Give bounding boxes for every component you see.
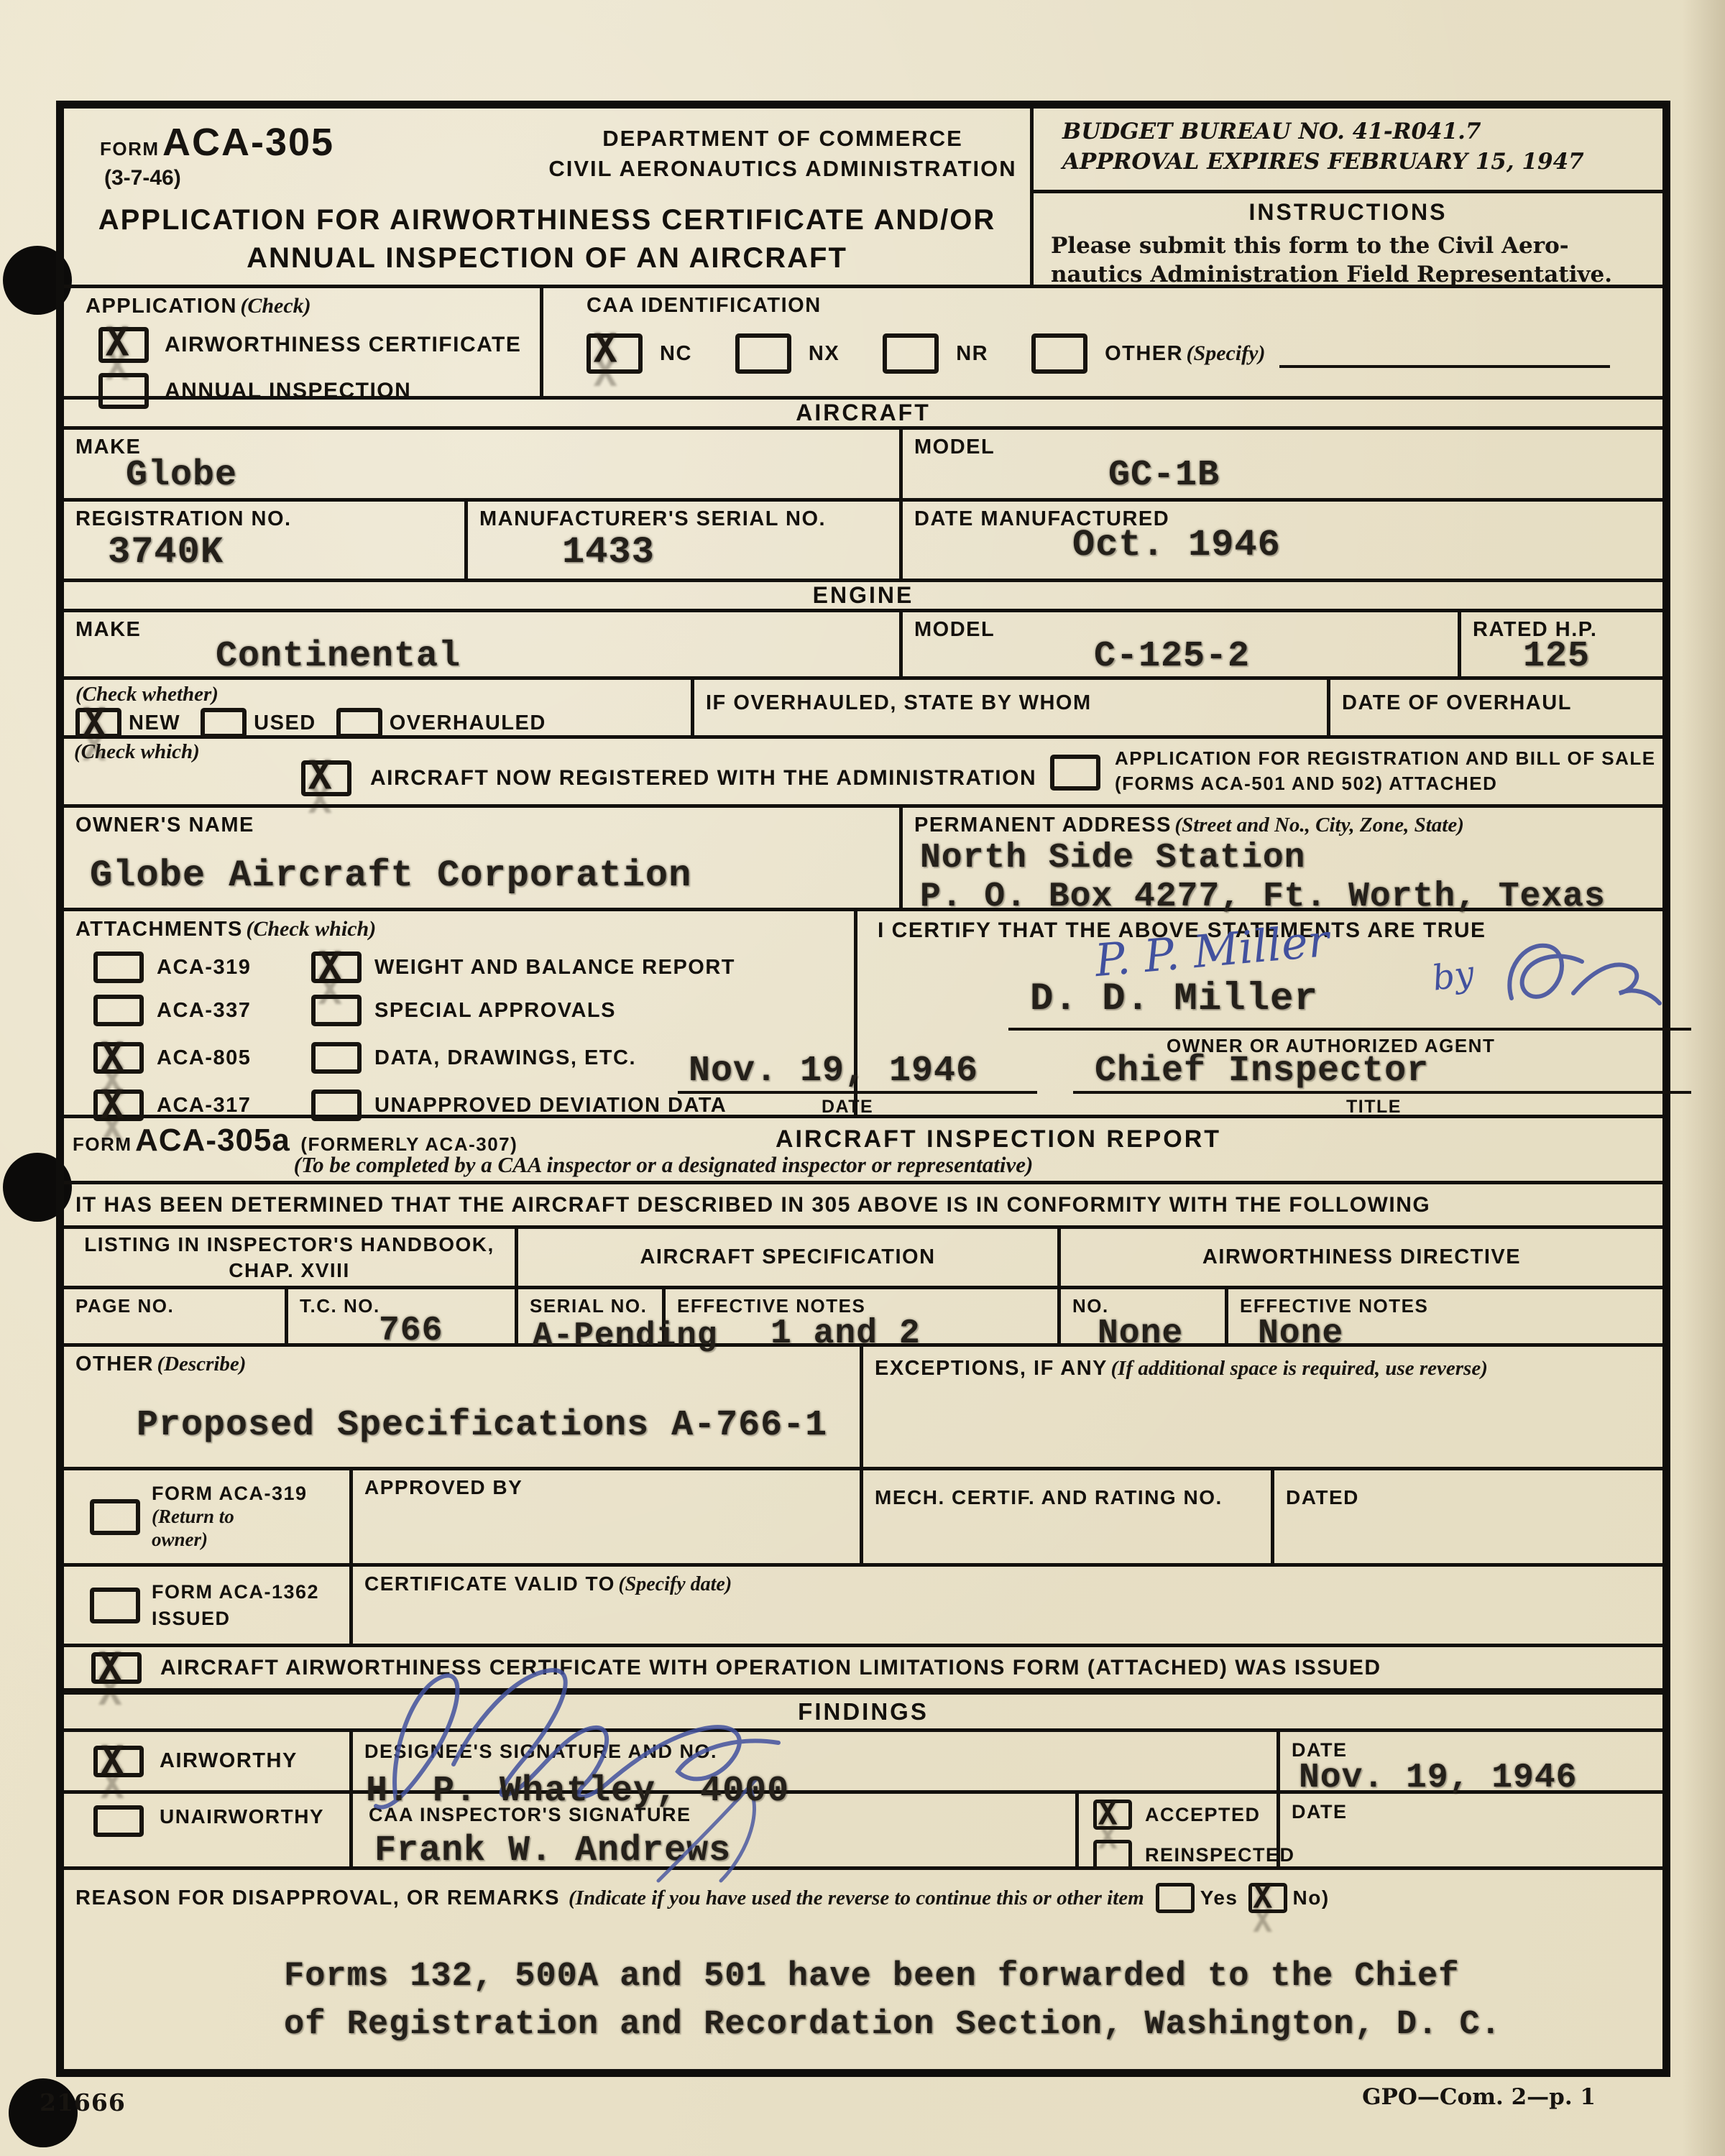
aca-317-checkbox[interactable]: [93, 1089, 144, 1121]
reason-no-checkbox[interactable]: [1248, 1883, 1287, 1913]
aca-319-approval-row: FORM ACA-319 (Return to owner) APPROVED …: [64, 1470, 1662, 1567]
certify-date-value: Nov. 19, 1946: [689, 1051, 978, 1092]
aca-319-label: ACA-319: [157, 956, 311, 980]
reason-label: REASON FOR DISAPPROVAL, OR REMARKS: [75, 1886, 560, 1910]
bill-of-sale-checkbox[interactable]: [1050, 755, 1100, 791]
instructions-body: Please submit this form to the Civil Aer…: [1051, 231, 1645, 290]
certificate-issued-row: AIRCRAFT AIRWORTHINESS CERTIFICATE WITH …: [64, 1647, 1662, 1695]
address-line2: P. O. Box 4277, Ft. Worth, Texas: [920, 877, 1651, 916]
form-aca-319-checkbox[interactable]: [90, 1499, 140, 1535]
remarks-body-row: Forms 132, 500A and 501 have been forwar…: [64, 1926, 1662, 2069]
tc-no-value: 766: [379, 1312, 503, 1350]
other-describe-label: OTHER (Describe): [75, 1353, 848, 1376]
weight-balance-checkbox[interactable]: [311, 952, 362, 983]
findings-section-title: FINDINGS: [64, 1695, 1662, 1732]
other-exceptions-row: OTHER (Describe) Proposed Specifications…: [64, 1347, 1662, 1470]
special-approvals-checkbox[interactable]: [311, 995, 362, 1026]
attachments-certification-row: ATTACHMENTS (Check which) ACA-319 WEIGHT…: [64, 911, 1662, 1118]
unapproved-deviation-checkbox[interactable]: [311, 1089, 362, 1121]
form-title-line1: APPLICATION FOR AIRWORTHINESS CERTIFICAT…: [64, 204, 1030, 236]
serial-label: MANUFACTURER'S SERIAL NO.: [479, 507, 888, 531]
engine-make-model-row: MAKE Continental MODEL C-125-2 RATED H.P…: [64, 612, 1662, 680]
aca-337-checkbox[interactable]: [93, 995, 144, 1026]
aca-337-label: ACA-337: [157, 999, 311, 1023]
nc-label: NC: [660, 342, 692, 366]
airworthy-row: AIRWORTHY DESIGNEE'S SIGNATURE AND NO. H…: [64, 1732, 1662, 1794]
aca-1362-row: FORM ACA-1362 ISSUED CERTIFICATE VALID T…: [64, 1567, 1662, 1647]
listing-header-line1: LISTING IN INSPECTOR'S HANDBOOK,: [75, 1233, 503, 1256]
reason-yes-checkbox[interactable]: [1156, 1883, 1195, 1913]
airworthy-checkbox[interactable]: [93, 1746, 144, 1777]
title-line: [1073, 1091, 1691, 1094]
caa-identification-label: CAA IDENTIFICATION: [586, 294, 1651, 318]
designee-signature-typed: H. P. Whatley, 4000: [366, 1771, 789, 1812]
address-line1: North Side Station: [920, 839, 1651, 877]
budget-line1: BUDGET BUREAU NO. 41-R041.7: [1062, 119, 1655, 144]
date-manufactured-value: Oct. 1946: [1072, 524, 1651, 566]
certify-date-label: DATE: [822, 1097, 873, 1118]
aca-305-form: FORM ACA-305 (3-7-46) DEPARTMENT OF COMM…: [56, 101, 1670, 2077]
engine-make-value: Continental: [216, 636, 888, 677]
dept-line2: CIVIL AERONAUTICS ADMINISTRATION: [538, 156, 1027, 182]
findings-date-value: Nov. 19, 1946: [1299, 1759, 1651, 1797]
reason-remarks-row: REASON FOR DISAPPROVAL, OR REMARKS (Indi…: [64, 1870, 1662, 1926]
engine-section-title: ENGINE: [64, 582, 1662, 612]
form-number-block: FORM ACA-305 (3-7-46): [100, 120, 334, 190]
determination-text: IT HAS BEEN DETERMINED THAT THE AIRCRAFT…: [75, 1193, 1430, 1217]
nx-checkbox[interactable]: [735, 333, 791, 374]
used-label: USED: [254, 711, 316, 735]
rated-hp-value: 125: [1523, 636, 1651, 677]
special-approvals-label: SPECIAL APPROVALS: [374, 999, 616, 1023]
airworthiness-certificate-checkbox[interactable]: [98, 327, 149, 363]
agent-signature-line: [1008, 1028, 1691, 1031]
certify-title-value: Chief Inspector: [1095, 1051, 1429, 1092]
check-whether-hint: (Check whether): [75, 683, 679, 706]
other-describe-value: Proposed Specifications A-766-1: [137, 1405, 848, 1446]
budget-line2: APPROVAL EXPIRES FEBRUARY 15, 1947: [1062, 149, 1655, 175]
now-registered-label: AIRCRAFT NOW REGISTERED WITH THE ADMINIS…: [370, 766, 1036, 791]
new-label: NEW: [129, 711, 180, 735]
reinspected-label: REINSPECTED: [1145, 1844, 1295, 1866]
certification-block: I CERTIFY THAT THE ABOVE STATEMENTS ARE …: [857, 911, 1662, 1115]
certificate-valid-to-label: CERTIFICATE VALID TO: [364, 1572, 615, 1595]
inspection-report-title: AIRCRAFT INSPECTION REPORT: [675, 1125, 1322, 1153]
overhauled-checkbox[interactable]: [336, 708, 382, 738]
form-number: ACA-305: [162, 121, 334, 164]
form-aca-319-label: FORM ACA-319: [152, 1483, 308, 1505]
budget-bureau-block: BUDGET BUREAU NO. 41-R041.7 APPROVAL EXP…: [1034, 109, 1662, 193]
application-label: APPLICATION (Check): [86, 294, 528, 318]
approved-by-label: APPROVED BY: [364, 1476, 848, 1499]
serial-no-value: A-Pending: [533, 1317, 650, 1355]
reinspected-checkbox[interactable]: [1093, 1840, 1132, 1870]
listing-header-line2: CHAP. XVIII: [75, 1259, 503, 1282]
registration-status-row: (Check which) AIRCRAFT NOW REGISTERED WI…: [64, 739, 1662, 808]
inspection-report-header: FORM ACA-305a (FORMERLY ACA-307) AIRCRAF…: [64, 1118, 1662, 1184]
form-date: (3-7-46): [104, 166, 334, 190]
now-registered-checkbox[interactable]: [301, 760, 351, 796]
certificate-issued-checkbox[interactable]: [91, 1652, 142, 1684]
serial-value: 1433: [562, 531, 888, 573]
permanent-address-label: PERMANENT ADDRESS (Street and No., City,…: [914, 814, 1651, 837]
instructions-title: INSTRUCTIONS: [1051, 199, 1645, 226]
data-drawings-checkbox[interactable]: [311, 1042, 362, 1074]
nr-label: NR: [956, 342, 988, 366]
unairworthy-checkbox[interactable]: [93, 1805, 144, 1837]
reason-hint: (Indicate if you have used the reverse t…: [569, 1886, 1144, 1910]
inspection-report-subtitle: (To be completed by a CAA inspector or a…: [64, 1152, 1263, 1178]
nx-label: NX: [809, 342, 839, 366]
other-specify-blank: [1279, 339, 1610, 368]
owner-row: OWNER'S NAME Globe Aircraft Corporation …: [64, 808, 1662, 911]
print-code: 21666: [40, 2088, 126, 2116]
accepted-date-label: DATE: [1292, 1801, 1651, 1823]
form-header: FORM ACA-305 (3-7-46) DEPARTMENT OF COMM…: [64, 109, 1662, 288]
agency-block: DEPARTMENT OF COMMERCE CIVIL AERONAUTICS…: [538, 126, 1027, 182]
accepted-label: ACCEPTED: [1145, 1804, 1261, 1826]
conformity-headers-row: LISTING IN INSPECTOR'S HANDBOOK, CHAP. X…: [64, 1229, 1662, 1289]
new-checkbox[interactable]: [75, 708, 121, 738]
application-row: APPLICATION (Check) AIRWORTHINESS CERTIF…: [64, 288, 1662, 400]
aca-317-label: ACA-317: [157, 1094, 311, 1118]
form-title-line2: ANNUAL INSPECTION OF AN AIRCRAFT: [64, 242, 1030, 275]
other-label: OTHER: [1105, 342, 1183, 365]
owner-signature-typed: D. D. Miller: [1030, 977, 1318, 1021]
other-checkbox[interactable]: [1031, 333, 1087, 374]
engine-condition-row: (Check whether) NEW USED OVERHAULED IF O…: [64, 680, 1662, 739]
used-checkbox[interactable]: [201, 708, 247, 738]
nc-checkbox[interactable]: [586, 333, 643, 374]
aircraft-make-model-row: MAKE Globe MODEL GC-1B: [64, 430, 1662, 502]
gpo-imprint: GPO—Com. 2—p. 1: [1362, 2084, 1596, 2110]
exceptions-label: EXCEPTIONS, IF ANY: [875, 1357, 1108, 1380]
unapproved-deviation-label: UNAPPROVED DEVIATION DATA: [374, 1094, 727, 1118]
certificate-valid-to-hint: (Specify date): [618, 1573, 732, 1595]
determination-row: IT HAS BEEN DETERMINED THAT THE AIRCRAFT…: [64, 1184, 1662, 1229]
dept-line1: DEPARTMENT OF COMMERCE: [538, 126, 1027, 152]
overhauled-label: OVERHAULED: [390, 711, 546, 735]
registration-value: 3740K: [108, 531, 453, 573]
spec-header: AIRCRAFT SPECIFICATION: [640, 1245, 935, 1269]
engine-model-value: C-125-2: [1094, 636, 1446, 677]
remarks-line2: of Registration and Recordation Section,…: [284, 2006, 1651, 2044]
directive-header: AIRWORTHINESS DIRECTIVE: [1202, 1245, 1521, 1269]
form-label: FORM: [100, 138, 160, 160]
form-aca-1362-label: FORM ACA-1362: [152, 1581, 319, 1603]
nr-checkbox[interactable]: [883, 333, 939, 374]
exceptions-hint: (If additional space is required, use re…: [1110, 1357, 1487, 1380]
aircraft-make-value: Globe: [126, 455, 888, 496]
airworthiness-certificate-label: AIRWORTHINESS CERTIFICATE: [165, 333, 521, 357]
mech-certif-label: MECH. CERTIF. AND RATING NO.: [875, 1486, 1259, 1509]
other-hint: (Specify): [1187, 341, 1266, 365]
airworthy-label: AIRWORTHY: [160, 1749, 298, 1773]
form-aca-319-return-hint: (Return to owner): [152, 1505, 267, 1552]
remarks-line1: Forms 132, 500A and 501 have been forwar…: [284, 1958, 1651, 1996]
weight-balance-label: WEIGHT AND BALANCE REPORT: [374, 956, 735, 980]
accepted-checkbox[interactable]: [1093, 1800, 1132, 1830]
data-drawings-label: DATA, DRAWINGS, ETC.: [374, 1046, 636, 1070]
attachments-label: ATTACHMENTS (Check which): [75, 917, 842, 941]
overhauled-by-label: IF OVERHAULED, STATE BY WHOM: [706, 691, 1315, 715]
conformity-values-row: PAGE NO. T.C. NO. 766 SERIAL NO. A-Pendi…: [64, 1289, 1662, 1347]
page-no-label: PAGE NO.: [75, 1295, 273, 1317]
check-which-hint: (Check which): [74, 740, 200, 764]
aca-319-checkbox[interactable]: [93, 952, 144, 983]
unairworthy-label: UNAIRWORTHY: [160, 1805, 324, 1828]
reason-yes-label: Yes: [1200, 1886, 1238, 1909]
form-title: APPLICATION FOR AIRWORTHINESS CERTIFICAT…: [64, 204, 1030, 275]
owner-signature-by: by: [1430, 953, 1476, 999]
form-aca-1362-issued-label: ISSUED: [152, 1608, 319, 1630]
certify-title-label: TITLE: [1346, 1097, 1402, 1118]
owner-name-label: OWNER'S NAME: [75, 814, 888, 837]
aircraft-registration-row: REGISTRATION NO. 3740K MANUFACTURER'S SE…: [64, 502, 1662, 582]
serial-no-label: SERIAL NO.: [530, 1295, 650, 1317]
bill-of-sale-label-line1: APPLICATION FOR REGISTRATION AND BILL OF…: [1115, 747, 1656, 770]
unairworthy-row: UNAIRWORTHY CAA INSPECTOR'S SIGNATURE Fr…: [64, 1794, 1662, 1870]
aca-805-checkbox[interactable]: [93, 1042, 144, 1074]
aca-805-label: ACA-805: [157, 1046, 311, 1070]
date-line: [678, 1091, 1037, 1094]
dated-label: DATED: [1286, 1486, 1651, 1509]
registration-label: REGISTRATION NO.: [75, 507, 453, 531]
form-aca-1362-checkbox[interactable]: [90, 1588, 140, 1623]
bill-of-sale-label-line2: (FORMS ACA-501 AND 502) ATTACHED: [1115, 773, 1656, 795]
date-of-overhaul-label: DATE OF OVERHAUL: [1342, 691, 1651, 715]
instructions-block: INSTRUCTIONS Please submit this form to …: [1034, 193, 1662, 295]
agent-monogram-scribble: [1490, 930, 1670, 1023]
aircraft-section-title: AIRCRAFT: [64, 400, 1662, 430]
aircraft-model-value: GC-1B: [1108, 455, 1651, 496]
owner-name-value: Globe Aircraft Corporation: [90, 854, 888, 897]
reason-no-label: No): [1293, 1886, 1330, 1909]
